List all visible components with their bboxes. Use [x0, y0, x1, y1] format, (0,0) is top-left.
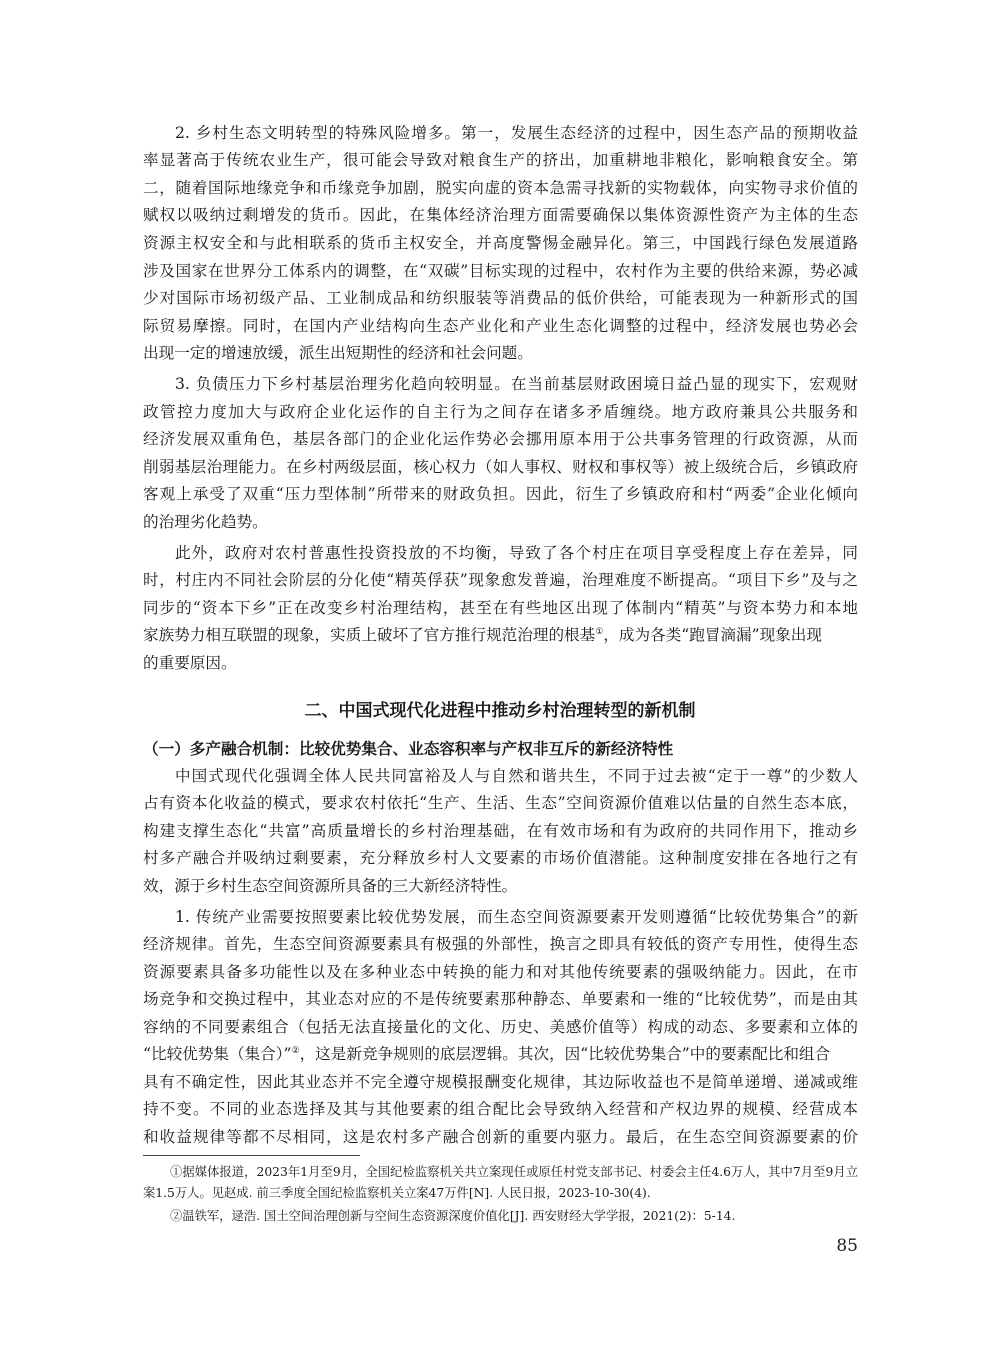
footnote-divider	[143, 1155, 360, 1156]
text-line: 经济规律。首先，生态空间资源要素具有极强的外部性，换言之即具有较低的资产专用性，…	[143, 932, 858, 956]
text-segment: ，这是新竞争规则的底层逻辑。其次，因“比较优势集合”中的要素配比和组合	[300, 1045, 831, 1063]
text-line: 涉及国家在世界分工体系内的调整，在“双碳”目标实现的过程中，农村作为主要的供给来…	[143, 259, 858, 283]
text-line: 构建支撑生态化“共富”高质量增长的乡村治理基础，在有效市场和有为政府的共同作用下…	[143, 819, 858, 843]
text-line: 容纳的不同要素组合（包括无法直接量化的文化、历史、美感价值等）构成的动态、多要素…	[143, 1015, 858, 1039]
text-line: 1. 传统产业需要按照要素比较优势发展，而生态空间资源要素开发则遵循“比较优势集…	[175, 905, 858, 929]
subsection-heading: （一）多产融合机制：比较优势集合、业态容积率与产权非互斥的新经济特性	[143, 737, 826, 761]
text-line: 2. 乡村生态文明转型的特殊风险增多。第一，发展生态经济的过程中，因生态产品的预…	[175, 121, 858, 145]
text-segment: 家族势力相互联盟的现象，实质上破坏了官方推行规范治理的根基	[143, 626, 595, 644]
text-line: 资源要素具备多功能性以及在多种业态中转换的能力和对其他传统要素的强吸纳能力。因此…	[143, 960, 858, 984]
text-line: 政管控力度加大与政府企业化运作的自主行为之间存在诸多矛盾缠绕。地方政府兼具公共服…	[143, 400, 858, 424]
page-number: 85	[818, 1234, 858, 1258]
text-line: 场竞争和交换过程中，其业态对应的不是传统要素那种静态、单要素和一维的“比较优势”…	[143, 987, 858, 1011]
text-line: 客观上承受了双重“压力型体制”所带来的财政负担。因此，衍生了乡镇政府和村“两委”…	[143, 482, 858, 506]
text-line: 资源主权安全和与此相联系的货币主权安全，并高度警惕金融异化。第三，中国践行绿色发…	[143, 231, 858, 255]
text-line: 的治理劣化趋势。	[143, 510, 858, 534]
text-line: 3. 负债压力下乡村基层治理劣化趋向较明显。在当前基层财政困境日益凸显的现实下，…	[175, 372, 858, 396]
text-line: 和收益规律等都不尽相同，这是农村多产融合创新的重要内驱力。最后，在生态空间资源要…	[143, 1125, 858, 1149]
footnote-1-line: ①据媒体报道，2023年1月至9月，全国纪检监察机关共立案现任或原任村党支部书记…	[170, 1162, 858, 1182]
section-heading: 二、中国式现代化进程中推动乡村治理转型的新机制	[0, 698, 1000, 724]
text-line: “比较优势集（集合）”②，这是新竞争规则的底层逻辑。其次，因“比较优势集合”中的…	[143, 1042, 858, 1066]
text-line: 村多产融合并吸纳过剩要素，充分释放乡村人文要素的市场价值潜能。这种制度安排在各地…	[143, 846, 858, 870]
text-line: 出现一定的增速放缓，派生出短期性的经济和社会问题。	[143, 341, 858, 365]
text-line: 同步的“资本下乡”正在改变乡村治理结构，甚至在有些地区出现了体制内“精英”与资本…	[143, 596, 858, 620]
text-line: 率显著高于传统农业生产，很可能会导致对粮食生产的挤出，加重耕地非粮化，影响粮食安…	[143, 148, 858, 172]
text-segment: ，成为各类“跑冒滴漏”现象出现	[603, 626, 822, 644]
text-line: 时，村庄内不同社会阶层的分化使“精英俘获”现象愈发普遍，治理难度不断提高。“项目…	[143, 568, 858, 592]
text-line: 此外，政府对农村普惠性投资投放的不均衡，导致了各个村庄在项目享受程度上存在差异，…	[175, 541, 858, 565]
text-segment: “比较优势集（集合）”	[143, 1045, 292, 1063]
text-line: 家族势力相互联盟的现象，实质上破坏了官方推行规范治理的根基①，成为各类“跑冒滴漏…	[143, 623, 858, 647]
text-line: 赋权以吸纳过剩增发的货币。因此，在集体经济治理方面需要确保以集体资源性资产为主体…	[143, 203, 858, 227]
text-line: 少对国际市场初级产品、工业制成品和纺织服装等消费品的低价供给，可能表现为一种新形…	[143, 286, 858, 310]
text-line: 二，随着国际地缘竞争和币缘竞争加剧，脱实向虚的资本急需寻找新的实物载体，向实物寻…	[143, 176, 858, 200]
text-line: 效，源于乡村生态空间资源所具备的三大新经济特性。	[143, 874, 858, 898]
footnote-2-line: ②温铁军，逯浩. 国土空间治理创新与空间生态资源深度价值化[J]. 西安财经大学…	[170, 1206, 858, 1226]
text-line: 占有资本化收益的模式，要求农村依托“生产、生活、生态”空间资源价值难以估量的自然…	[143, 791, 858, 815]
document-page: 2. 乡村生态文明转型的特殊风险增多。第一，发展生态经济的过程中，因生态产品的预…	[0, 0, 1000, 1347]
text-line: 削弱基层治理能力。在乡村两级层面，核心权力（如人事权、财权和事权等）被上级统合后…	[143, 455, 858, 479]
text-line: 持不变。不同的业态选择及其与其他要素的组合配比会导致纳入经营和产权边界的规模、经…	[143, 1097, 858, 1121]
footnote-1-line: 案1.5万人。见赵成. 前三季度全国纪检监察机关立案47万件[N]. 人民日报，…	[143, 1183, 858, 1203]
text-line: 具有不确定性，因此其业态并不完全遵守规模报酬变化规律，其边际收益也不是简单递增、…	[143, 1070, 858, 1094]
text-line: 际贸易摩擦。同时，在国内产业结构向生态产业化和产业生态化调整的过程中，经济发展也…	[143, 314, 858, 338]
footnote-ref-2[interactable]: ②	[292, 1046, 300, 1056]
text-line: 的重要原因。	[143, 651, 858, 675]
text-line: 中国式现代化强调全体人民共同富裕及人与自然和谐共生，不同于过去被“定于一尊”的少…	[175, 764, 858, 788]
text-line: 经济发展双重角色，基层各部门的企业化运作势必会挪用原本用于公共事务管理的行政资源…	[143, 427, 858, 451]
